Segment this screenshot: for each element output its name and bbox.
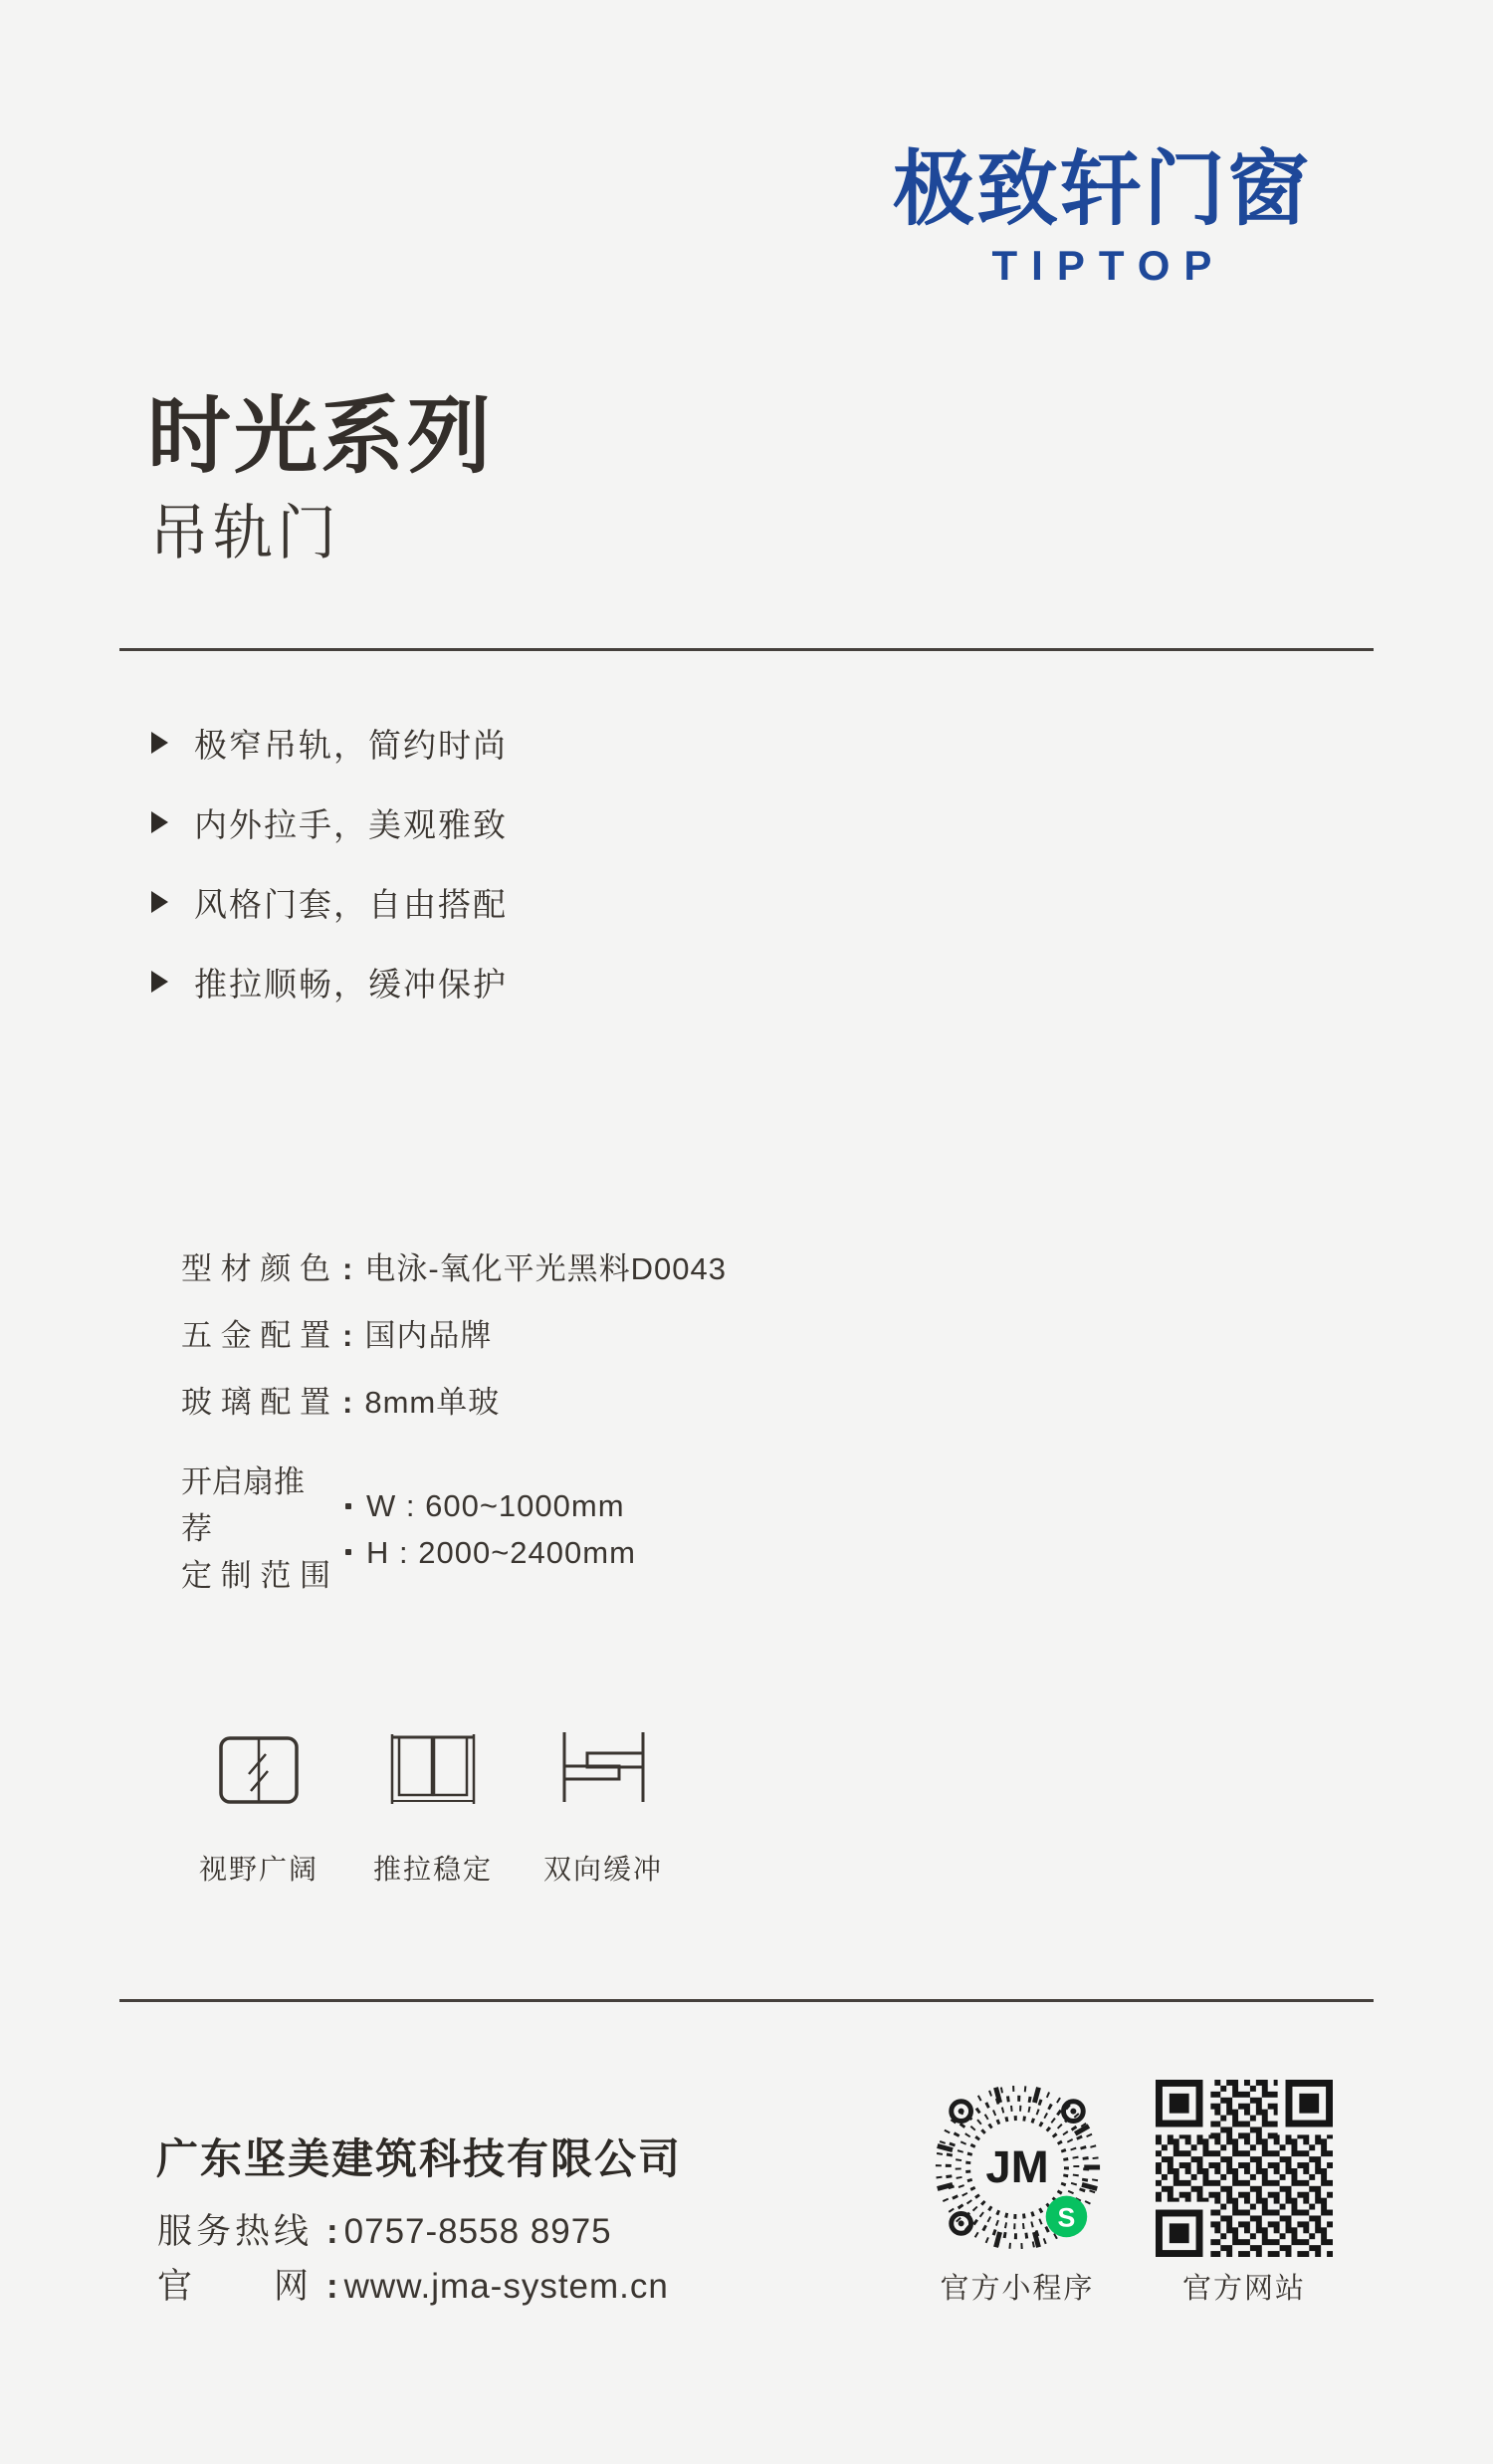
brand-logo-english: TIPTOP (891, 245, 1313, 287)
brand-logo: 极致轩门窗 TIPTOP (891, 145, 1313, 287)
figure-label: 双向缓冲 (543, 1848, 663, 1888)
figure-label: 视野广阔 (199, 1848, 319, 1888)
feature-list: 极窄吊轨，简约时尚 内外拉手，美观雅致 风格门套，自由搭配 推拉顺畅，缓冲保护 (151, 703, 508, 1021)
feature-item: 风格门套，自由搭配 (151, 862, 508, 942)
spec-label: 玻璃配置 (181, 1384, 330, 1422)
contact-block: 服务热线 : 0757-8558 8975 官网 : www.jma-syste… (157, 2210, 669, 2320)
feature-item: 推拉顺畅，缓冲保护 (151, 942, 508, 1021)
figure-label: 推拉稳定 (373, 1848, 493, 1888)
divider-top (119, 648, 1374, 651)
website-qr-code (1155, 2080, 1334, 2257)
figure-sliding-stable: 推拉稳定 (358, 1728, 508, 1888)
spec-combo-colon (330, 1487, 366, 1571)
hotline-number: 0757-8558 8975 (344, 2210, 612, 2254)
miniprogram-qr-code: JM S (929, 2079, 1106, 2256)
feature-text: 极窄吊轨，简约时尚 (194, 720, 508, 767)
bullet-triangle-icon (151, 971, 168, 993)
spec-colon: : (342, 1384, 352, 1422)
bullet-triangle-icon (151, 732, 168, 754)
spec-row-hardware: 五金配置 : 国内品牌 (181, 1317, 727, 1355)
spec-row-glass: 玻璃配置 : 8mm单玻 (181, 1384, 727, 1422)
sliding-stable-icon (389, 1728, 477, 1804)
spec-value-height: H : 2000~2400mm (366, 1529, 636, 1576)
brand-logo-chinese: 极致轩门窗 (891, 145, 1313, 235)
contact-row-website: 官网 : www.jma-system.cn (157, 2265, 669, 2309)
spec-colon: : (342, 1317, 352, 1355)
divider-bottom (119, 1999, 1374, 2002)
bullet-triangle-icon (151, 811, 168, 833)
website-qr-label: 官方网站 (1155, 2266, 1334, 2307)
spec-label-line2: 定制范围 (181, 1552, 330, 1599)
spec-list: 型材颜色 : 电泳-氧化平光黑料D0043 五金配置 : 国内品牌 玻璃配置 :… (181, 1250, 727, 1599)
spec-combo-labels: 开启扇推荐 定制范围 (181, 1458, 330, 1599)
feature-item: 内外拉手，美观雅致 (151, 783, 508, 862)
feature-text: 内外拉手，美观雅致 (194, 799, 508, 846)
spec-colon: : (342, 1250, 352, 1288)
wide-view-icon (219, 1728, 299, 1804)
spec-label: 型材颜色 (181, 1250, 330, 1288)
spec-combo-values: W : 600~1000mm H : 2000~2400mm (366, 1482, 636, 1576)
feature-text: 风格门套，自由搭配 (194, 879, 508, 926)
spec-value: 国内品牌 (364, 1317, 492, 1355)
contact-label: 服务热线 (157, 2210, 309, 2254)
product-title: 吊轨门 (149, 498, 340, 569)
company-name: 广东坚美建筑科技有限公司 (156, 2136, 682, 2182)
qr-monogram: JM (985, 2141, 1048, 2192)
spec-row-profile-color: 型材颜色 : 电泳-氧化平光黑料D0043 (181, 1250, 727, 1288)
feature-item: 极窄吊轨，简约时尚 (151, 703, 508, 783)
spec-label: 五金配置 (181, 1317, 330, 1355)
website-url: www.jma-system.cn (344, 2265, 669, 2309)
series-title: 时光系列 (147, 390, 494, 482)
figure-dual-buffer: 双向缓冲 (526, 1728, 681, 1888)
spec-label-line1: 开启扇推荐 (181, 1458, 330, 1552)
spec-value-width: W : 600~1000mm (366, 1482, 636, 1529)
contact-colon: : (326, 2210, 338, 2254)
bullet-triangle-icon (151, 891, 168, 913)
spec-row-size-range: 开启扇推荐 定制范围 W : 600~1000mm H : 2000~2400m… (181, 1458, 727, 1599)
contact-row-hotline: 服务热线 : 0757-8558 8975 (157, 2210, 669, 2254)
spec-value: 8mm单玻 (364, 1384, 500, 1422)
dual-buffer-icon (556, 1728, 651, 1804)
feature-text: 推拉顺畅，缓冲保护 (194, 959, 508, 1006)
figure-wide-view: 视野广阔 (184, 1728, 333, 1888)
wechat-badge-letter: S (1058, 2202, 1076, 2232)
flyer-page: 极致轩门窗 TIPTOP 时光系列 吊轨门 极窄吊轨，简约时尚 内外拉手，美观雅… (0, 0, 1493, 2464)
spec-value: 电泳-氧化平光黑料D0043 (364, 1250, 727, 1288)
miniprogram-qr-label: 官方小程序 (929, 2266, 1106, 2307)
contact-label: 官网 (157, 2265, 309, 2309)
contact-colon: : (326, 2265, 338, 2309)
